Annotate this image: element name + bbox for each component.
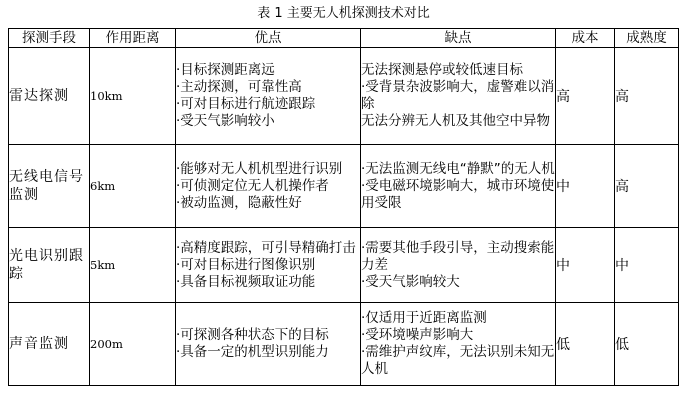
cons-item: ·需要其他手段引导，主动搜索能力差 — [361, 240, 555, 274]
pros-item: ·高精度跟踪，可引导精确打击 — [176, 240, 360, 257]
cons-item: ·仅适用于近距离监测 — [361, 310, 555, 327]
table-caption: 表 1 主要无人机探测技术对比 — [0, 6, 687, 22]
method-cell: 无线电信号监测 — [9, 145, 90, 228]
cons-item: ·受电磁环境影响大，城市环境使用受限 — [361, 178, 555, 212]
method-cell: 声音监测 — [9, 303, 90, 386]
pros-cell: ·能够对无人机机型进行识别 ·可侦测定位无人机操作者 ·被动监测，隐蔽性好 — [176, 145, 361, 228]
pros-item: ·具备目标视频取证功能 — [176, 274, 360, 291]
cost-cell: 中 — [556, 228, 615, 303]
maturity-cell: 高 — [615, 48, 679, 145]
pros-cell: ·高精度跟踪，可引导精确打击 ·可对目标进行图像识别 ·具备目标视频取证功能 — [176, 228, 361, 303]
cons-item: ·受环境噪声影响大 — [361, 327, 555, 344]
header-cons: 缺点 — [361, 29, 556, 48]
comparison-table: 探测手段 作用距离 优点 缺点 成本 成熟度 雷达探测 10km ·目标探测距离… — [8, 28, 679, 386]
pros-item: ·可对目标进行航迹跟踪 — [176, 96, 360, 113]
method-cell: 光电识别跟踪 — [9, 228, 90, 303]
header-maturity: 成熟度 — [615, 29, 679, 48]
cons-item: 无法分辨无人机及其他空中异物 — [361, 113, 555, 130]
cons-item: ·受背景杂波影响大，虚警难以消除 — [361, 79, 555, 113]
header-method: 探测手段 — [9, 29, 90, 48]
table-row: 雷达探测 10km ·目标探测距离远 ·主动探测，可靠性高 ·可对目标进行航迹跟… — [9, 48, 679, 145]
maturity-cell: 中 — [615, 228, 679, 303]
range-cell: 10km — [90, 48, 176, 145]
cons-item: ·受天气影响较大 — [361, 274, 555, 291]
header-pros: 优点 — [176, 29, 361, 48]
cons-cell: ·需要其他手段引导，主动搜索能力差 ·受天气影响较大 — [361, 228, 556, 303]
header-range: 作用距离 — [90, 29, 176, 48]
cons-item: ·需维护声纹库，无法识别未知无人机 — [361, 344, 555, 378]
pros-item: ·可探测各种状态下的目标 — [176, 327, 360, 344]
cost-cell: 高 — [556, 48, 615, 145]
header-cost: 成本 — [556, 29, 615, 48]
pros-item: ·目标探测距离远 — [176, 62, 360, 79]
cons-cell: ·无法监测无线电“静默”的无人机 ·受电磁环境影响大，城市环境使用受限 — [361, 145, 556, 228]
range-cell: 6km — [90, 145, 176, 228]
pros-item: ·主动探测，可靠性高 — [176, 79, 360, 96]
table-row: 无线电信号监测 6km ·能够对无人机机型进行识别 ·可侦测定位无人机操作者 ·… — [9, 145, 679, 228]
table-row: 光电识别跟踪 5km ·高精度跟踪，可引导精确打击 ·可对目标进行图像识别 ·具… — [9, 228, 679, 303]
header-row: 探测手段 作用距离 优点 缺点 成本 成熟度 — [9, 29, 679, 48]
method-cell: 雷达探测 — [9, 48, 90, 145]
pros-cell: ·目标探测距离远 ·主动探测，可靠性高 ·可对目标进行航迹跟踪 ·受天气影响较小 — [176, 48, 361, 145]
cost-cell: 中 — [556, 145, 615, 228]
maturity-cell: 高 — [615, 145, 679, 228]
range-cell: 200m — [90, 303, 176, 386]
cons-item: 无法探测悬停或较低速目标 — [361, 62, 555, 79]
pros-cell: ·可探测各种状态下的目标 ·具备一定的机型识别能力 — [176, 303, 361, 386]
cost-cell: 低 — [556, 303, 615, 386]
pros-item: ·受天气影响较小 — [176, 113, 360, 130]
cons-cell: ·仅适用于近距离监测 ·受环境噪声影响大 ·需维护声纹库，无法识别未知无人机 — [361, 303, 556, 386]
cons-item: ·无法监测无线电“静默”的无人机 — [361, 161, 555, 178]
pros-item: ·可侦测定位无人机操作者 — [176, 178, 360, 195]
pros-item: ·被动监测，隐蔽性好 — [176, 195, 360, 212]
range-cell: 5km — [90, 228, 176, 303]
table-row: 声音监测 200m ·可探测各种状态下的目标 ·具备一定的机型识别能力 ·仅适用… — [9, 303, 679, 386]
maturity-cell: 低 — [615, 303, 679, 386]
pros-item: ·具备一定的机型识别能力 — [176, 344, 360, 361]
cons-cell: 无法探测悬停或较低速目标 ·受背景杂波影响大，虚警难以消除 无法分辨无人机及其他… — [361, 48, 556, 145]
pros-item: ·可对目标进行图像识别 — [176, 257, 360, 274]
pros-item: ·能够对无人机机型进行识别 — [176, 161, 360, 178]
